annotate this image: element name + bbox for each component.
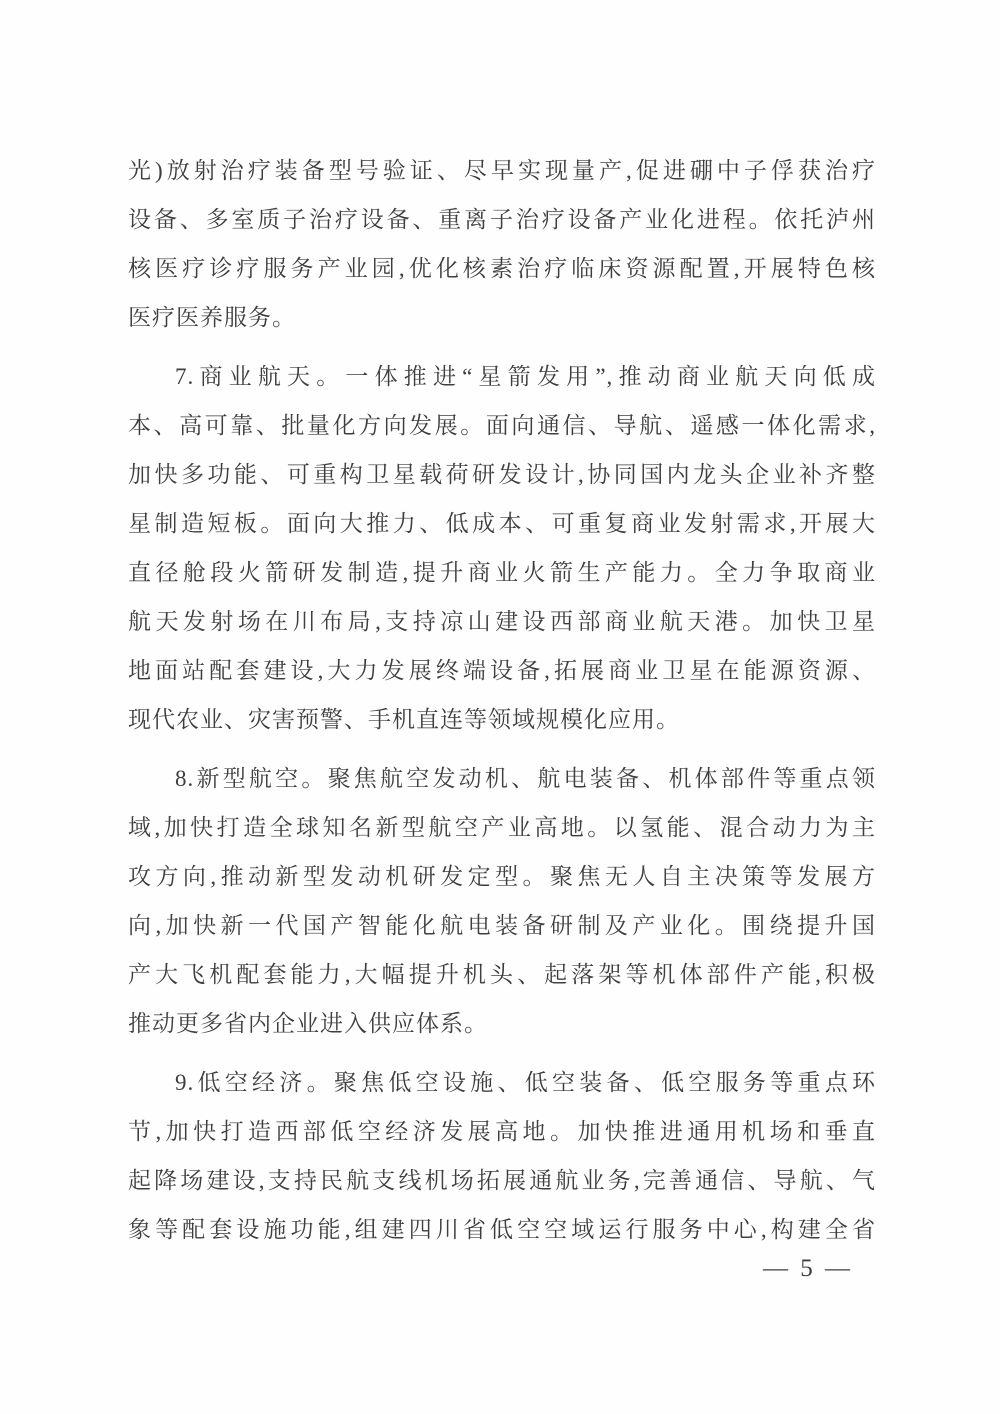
paragraph-item-7-commercial-aerospace: 7.商业航天。一体推进“星箭发用”,推动商业航天向低成 本、高可靠、批量化方向发… xyxy=(128,352,876,744)
paragraph-item-8-new-aviation: 8.新型航空。聚焦航空发动机、航电装备、机体部件等重点领 域,加快打造全球知名新… xyxy=(128,754,876,1048)
text-line: 7.商业航天。一体推进“星箭发用”,推动商业航天向低成 xyxy=(128,352,876,401)
text-line: 航天发射场在川布局,支持凉山建设西部商业航天港。加快卫星 xyxy=(128,597,876,646)
text-line: 星制造短板。面向大推力、低成本、可重复商业发射需求,开展大 xyxy=(128,499,876,548)
text-line: 医疗医养服务。 xyxy=(128,293,876,342)
text-line: 8.新型航空。聚焦航空发动机、航电装备、机体部件等重点领 xyxy=(128,754,876,803)
page-number: — 5 — xyxy=(763,1252,853,1286)
text-line: 9.低空经济。聚焦低空设施、低空装备、低空服务等重点环 xyxy=(128,1058,876,1107)
text-line: 节,加快打造西部低空经济发展高地。加快推进通用机场和垂直 xyxy=(128,1107,876,1156)
text-line: 设备、多室质子治疗设备、重离子治疗设备产业化进程。依托泸州 xyxy=(128,195,876,244)
text-line: 产大飞机配套能力,大幅提升机头、起落架等机体部件产能,积极 xyxy=(128,950,876,999)
text-line: 地面站配套建设,大力发展终端设备,拓展商业卫星在能源资源、 xyxy=(128,646,876,695)
text-line: 象等配套设施功能,组建四川省低空空域运行服务中心,构建全省 xyxy=(128,1205,876,1254)
text-line: 攻方向,推动新型发动机研发定型。聚焦无人自主决策等发展方 xyxy=(128,852,876,901)
document-body: 光)放射治疗装备型号验证、尽早实现量产,促进硼中子俘获治疗 设备、多室质子治疗设… xyxy=(128,146,876,1254)
text-line: 向,加快新一代国产智能化航电装备研制及产业化。围绕提升国 xyxy=(128,901,876,950)
text-line: 加快多功能、可重构卫星载荷研发设计,协同国内龙头企业补齐整 xyxy=(128,450,876,499)
text-line: 现代农业、灾害预警、手机直连等领域规模化应用。 xyxy=(128,695,876,744)
paragraph-item-9-low-altitude-economy: 9.低空经济。聚焦低空设施、低空装备、低空服务等重点环 节,加快打造西部低空经济… xyxy=(128,1058,876,1254)
text-line: 起降场建设,支持民航支线机场拓展通航业务,完善通信、导航、气 xyxy=(128,1156,876,1205)
text-line: 直径舱段火箭研发制造,提升商业火箭生产能力。全力争取商业 xyxy=(128,548,876,597)
text-line: 核医疗诊疗服务产业园,优化核素治疗临床资源配置,开展特色核 xyxy=(128,244,876,293)
paragraph-nuclear-medicine: 光)放射治疗装备型号验证、尽早实现量产,促进硼中子俘获治疗 设备、多室质子治疗设… xyxy=(128,146,876,342)
text-line: 本、高可靠、批量化方向发展。面向通信、导航、遥感一体化需求, xyxy=(128,401,876,450)
text-line: 推动更多省内企业进入供应体系。 xyxy=(128,999,876,1048)
document-page: 光)放射治疗装备型号验证、尽早实现量产,促进硼中子俘获治疗 设备、多室质子治疗设… xyxy=(0,0,1000,1414)
text-line: 光)放射治疗装备型号验证、尽早实现量产,促进硼中子俘获治疗 xyxy=(128,146,876,195)
text-line: 域,加快打造全球知名新型航空产业高地。以氢能、混合动力为主 xyxy=(128,803,876,852)
